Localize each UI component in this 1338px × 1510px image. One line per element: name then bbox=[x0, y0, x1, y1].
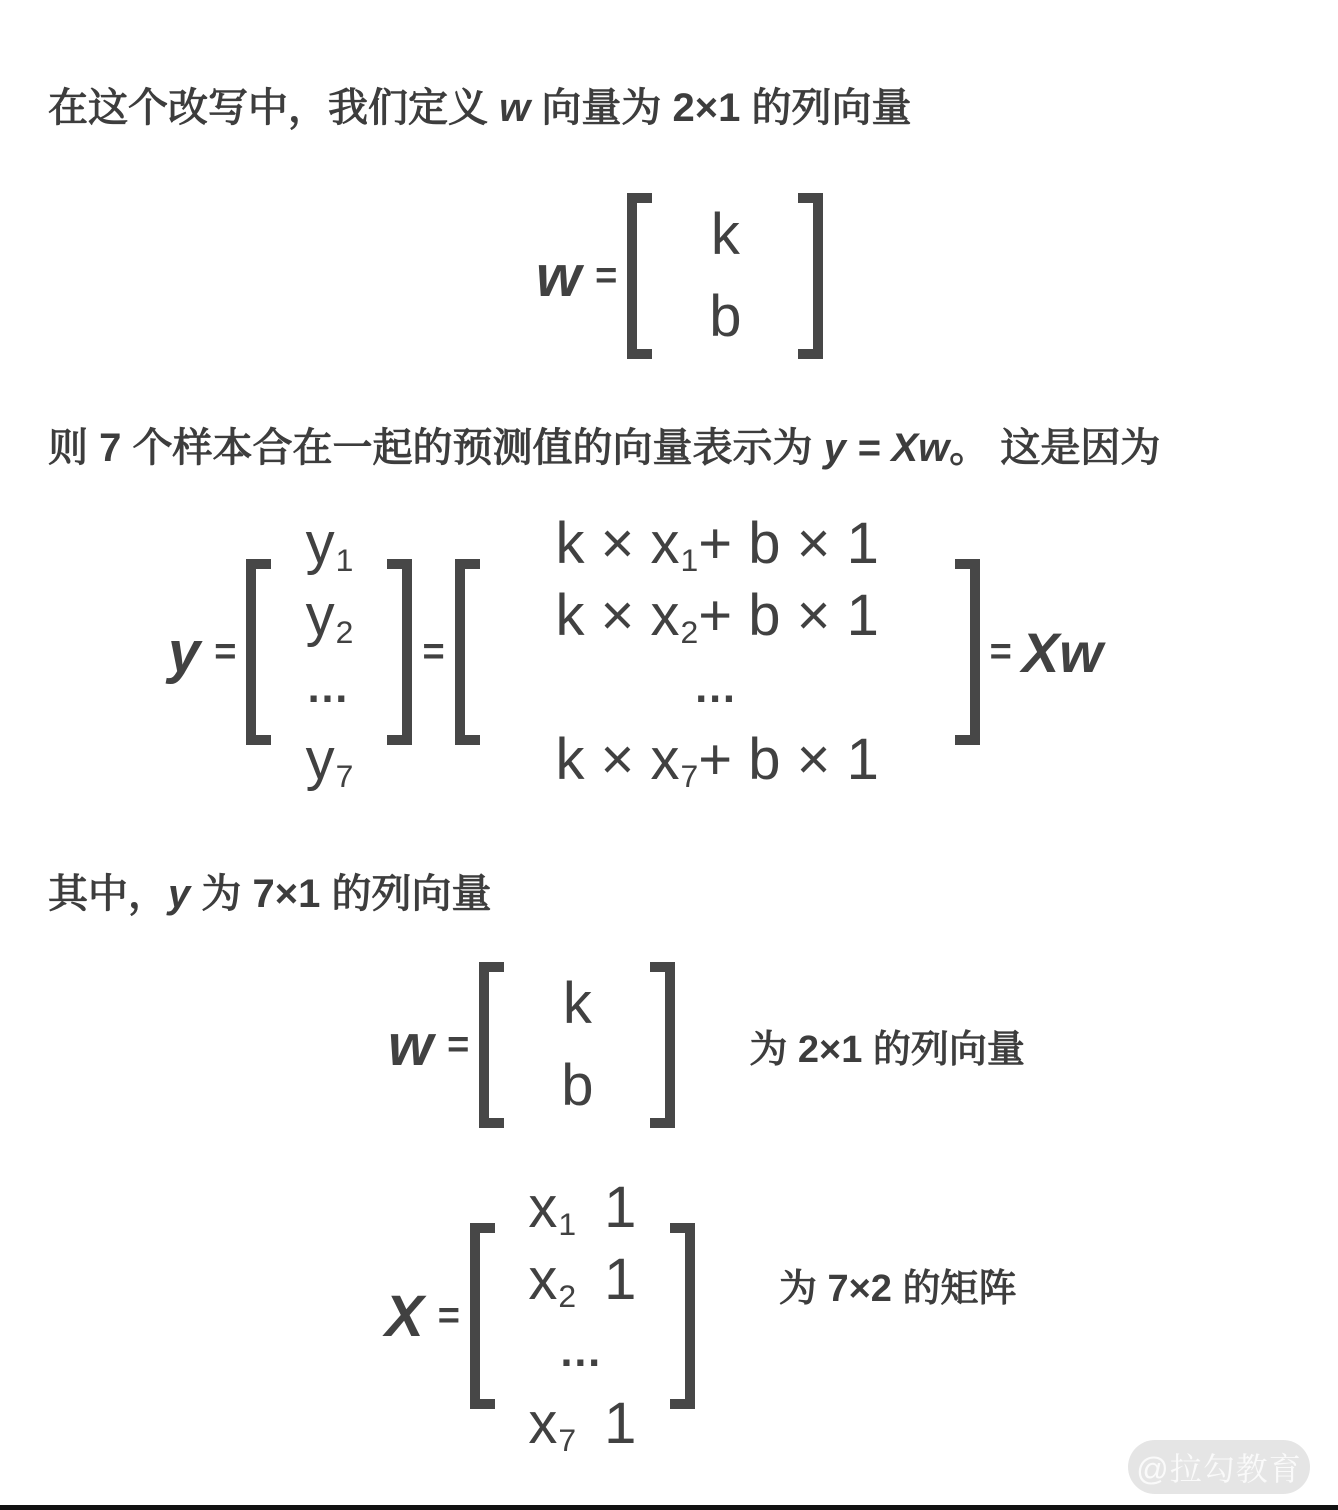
left-bracket bbox=[246, 559, 271, 745]
matrix-entry: k × x2+ b × 1 bbox=[555, 580, 878, 652]
math-var-w: w bbox=[388, 1012, 433, 1079]
subscript: 1 bbox=[681, 542, 699, 578]
matrix-column: k × x1+ b × 1 k × x2+ b × 1 … k × x7+ b … bbox=[480, 508, 955, 796]
right-bracket bbox=[670, 1223, 695, 1409]
right-bracket bbox=[798, 193, 823, 359]
matrix-entry: x71 bbox=[528, 1388, 636, 1460]
paragraph-text: 向量为 2×1 的列向量 bbox=[530, 86, 911, 130]
formula-w-definition: w = k b bbox=[536, 193, 823, 359]
matrix-entry: k bbox=[563, 963, 592, 1045]
equals-sign: = bbox=[447, 1024, 469, 1067]
math-var-x: X bbox=[385, 1283, 424, 1350]
paragraph-text: 为 7×1 的列向量 bbox=[190, 872, 491, 916]
matrix-column: y1 y2 … y7 bbox=[271, 508, 387, 796]
matrix-column: x11 x21 … x71 bbox=[495, 1172, 670, 1460]
matrix-column: k b bbox=[504, 963, 650, 1127]
subscript: 2 bbox=[336, 614, 354, 650]
inline-var-y: y bbox=[168, 872, 190, 916]
math-var-y: y bbox=[168, 619, 200, 686]
right-bracket bbox=[387, 559, 412, 745]
matrix-entry: k × x7+ b × 1 bbox=[555, 724, 878, 796]
annotation-w-dimension: 为 2×1 的列向量 bbox=[749, 1018, 1025, 1073]
subscript: 7 bbox=[558, 1422, 576, 1458]
paragraph-text: 在这个改写中，我们定义 bbox=[48, 86, 499, 130]
annotation-x-dimension: 为 7×2 的矩阵 bbox=[779, 1257, 1017, 1312]
subscript: 2 bbox=[558, 1278, 576, 1314]
matrix-entry: b bbox=[709, 276, 741, 358]
matrix-w: k b bbox=[479, 962, 675, 1128]
left-bracket bbox=[470, 1223, 495, 1409]
equals-sign: = bbox=[990, 631, 1012, 674]
paragraph-text: 则 7 个样本合在一起的预测值的向量表示为 bbox=[48, 426, 824, 470]
equals-sign: = bbox=[214, 631, 236, 674]
ellipsis-row: … bbox=[306, 652, 354, 724]
right-bracket bbox=[955, 559, 980, 745]
paragraph-prediction-vector: 则 7 个样本合在一起的预测值的向量表示为 y = Xw。 这是因为 bbox=[48, 420, 1160, 476]
equals-sign: = bbox=[438, 1295, 460, 1338]
matrix-entry: k bbox=[711, 194, 740, 276]
matrix-entry: x11 bbox=[528, 1172, 636, 1244]
watermark-badge: @拉勾教育 bbox=[1128, 1440, 1310, 1494]
subscript: 2 bbox=[681, 614, 699, 650]
paragraph-text: 。 这是因为 bbox=[949, 426, 1160, 470]
formula-x-annotated: X = x11 x21 … x71 为 7×2 的矩阵 bbox=[385, 1172, 1016, 1460]
matrix-w: k b bbox=[627, 193, 823, 359]
inline-var-y-xw: y = Xw bbox=[824, 426, 950, 470]
left-bracket bbox=[627, 193, 652, 359]
matrix-entry: x21 bbox=[528, 1244, 636, 1316]
equals-sign: = bbox=[595, 255, 617, 298]
subscript: 1 bbox=[336, 542, 354, 578]
matrix-entry: y1 bbox=[306, 508, 354, 580]
math-var-xw: Xw bbox=[1022, 620, 1103, 685]
formula-y-expansion: y = y1 y2 … y7 = k × x1+ b × 1 k × x2+ b… bbox=[168, 508, 1103, 796]
matrix-entry: y2 bbox=[306, 580, 354, 652]
watermark-label: @拉勾教育 bbox=[1136, 1444, 1302, 1490]
matrix-column: k b bbox=[652, 194, 798, 358]
subscript: 7 bbox=[681, 758, 699, 794]
matrix-entry: y7 bbox=[306, 724, 354, 796]
ellipsis-row: … bbox=[559, 1316, 607, 1388]
left-bracket bbox=[479, 962, 504, 1128]
left-bracket bbox=[455, 559, 480, 745]
subscript: 7 bbox=[336, 758, 354, 794]
right-bracket bbox=[650, 962, 675, 1128]
matrix-entry: b bbox=[561, 1045, 593, 1127]
matrix-x: x11 x21 … x71 bbox=[470, 1172, 695, 1460]
math-var-w: w bbox=[536, 243, 581, 310]
bottom-divider-line bbox=[0, 1505, 1338, 1510]
matrix-entry: k × x1+ b × 1 bbox=[555, 508, 878, 580]
ellipsis-row: … bbox=[693, 652, 741, 724]
matrix-product: k × x1+ b × 1 k × x2+ b × 1 … k × x7+ b … bbox=[455, 508, 980, 796]
equals-sign: = bbox=[422, 631, 444, 674]
paragraph-text: 其中， bbox=[48, 872, 168, 916]
formula-w-annotated: w = k b 为 2×1 的列向量 bbox=[388, 962, 1025, 1128]
matrix-y-vector: y1 y2 … y7 bbox=[246, 508, 412, 796]
paragraph-intro-w: 在这个改写中，我们定义 w 向量为 2×1 的列向量 bbox=[48, 80, 911, 136]
inline-var-w: w bbox=[499, 86, 530, 130]
paragraph-y-vector: 其中，y 为 7×1 的列向量 bbox=[48, 866, 491, 922]
subscript: 1 bbox=[558, 1206, 576, 1242]
